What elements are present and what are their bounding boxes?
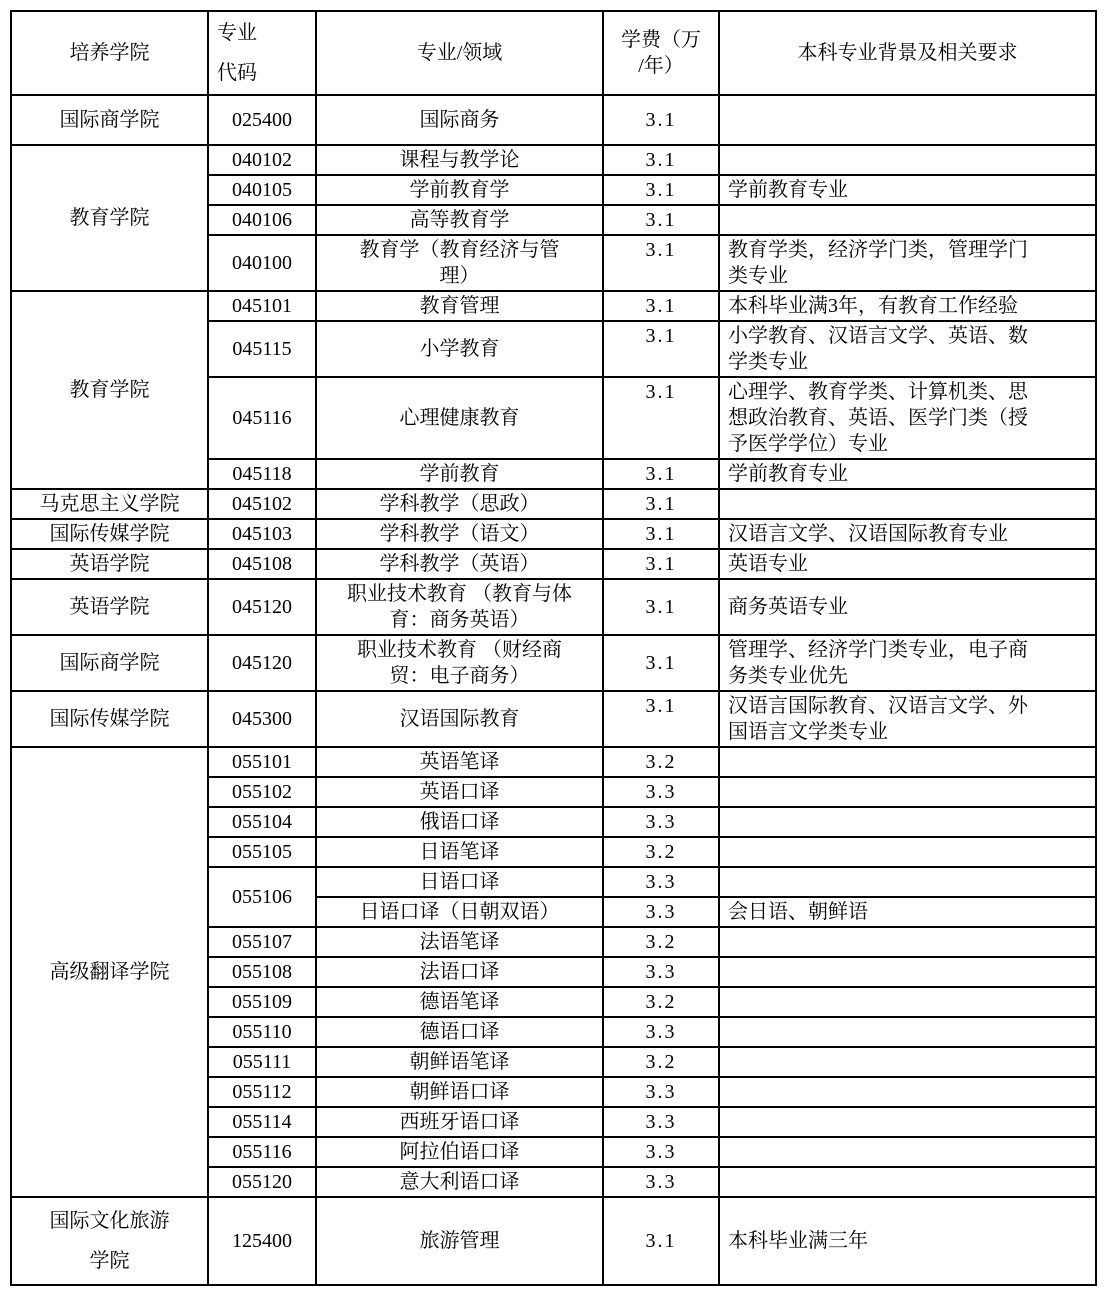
fee-cell: 3.3 [603,1017,719,1047]
fee-cell: 3.1 [603,579,719,635]
college-cell: 国际文化旅游学院 [11,1197,208,1285]
requirement-cell: 汉语言国际教育、汉语言文学、外国语言文学类专业 [719,691,1096,747]
college-cell: 国际传媒学院 [11,691,208,747]
requirement-cell [719,927,1096,957]
major-cell: 英语口译 [316,777,603,807]
table-row: 国际商学院045120职业技术教育 （财经商贸：电子商务）3.1管理学、经济学门… [11,635,1096,691]
header-fee-line2: /年） [612,53,710,79]
requirement-cell [719,1167,1096,1197]
fee-cell: 3.3 [603,777,719,807]
major-cell: 旅游管理 [316,1197,603,1285]
code-cell: 055107 [208,927,316,957]
major-cell: 法语笔译 [316,927,603,957]
code-cell: 055109 [208,987,316,1017]
requirement-cell [719,747,1096,777]
table-row: 教育学院040102课程与教学论3.1 [11,145,1096,175]
header-code: 专业 代码 [208,11,316,95]
fee-cell: 3.1 [603,95,719,145]
table-row: 马克思主义学院045102学科教学（思政）3.1 [11,489,1096,519]
requirement-cell: 小学教育、汉语言文学、英语、数学类专业 [719,321,1096,377]
fee-cell: 3.1 [603,235,719,291]
major-cell: 小学教育 [316,321,603,377]
requirement-cell: 英语专业 [719,549,1096,579]
college-cell: 英语学院 [11,549,208,579]
major-cell: 日语笔译 [316,837,603,867]
header-fee: 学费（万 /年） [603,11,719,95]
fee-cell: 3.2 [603,1047,719,1077]
major-cell: 学科教学（英语） [316,549,603,579]
header-row: 培养学院 专业 代码 专业/领域 学费（万 /年） 本科专业背景及相关要求 [11,11,1096,95]
major-cell: 学科教学（思政） [316,489,603,519]
major-cell: 意大利语口译 [316,1167,603,1197]
table-row: 教育学院045101教育管理3.1本科毕业满3年，有教育工作经验 [11,291,1096,321]
major-cell: 阿拉伯语口译 [316,1137,603,1167]
code-cell: 040102 [208,145,316,175]
code-cell: 025400 [208,95,316,145]
requirement-cell: 学前教育专业 [719,175,1096,205]
requirement-cell [719,837,1096,867]
college-cell: 高级翻译学院 [11,747,208,1197]
code-cell: 055106 [208,867,316,927]
requirement-cell [719,205,1096,235]
code-cell: 040100 [208,235,316,291]
fee-cell: 3.3 [603,897,719,927]
code-cell: 045120 [208,579,316,635]
fee-cell: 3.1 [603,175,719,205]
header-college: 培养学院 [11,11,208,95]
fee-cell: 3.1 [603,519,719,549]
code-cell: 055120 [208,1167,316,1197]
college-cell: 英语学院 [11,579,208,635]
fee-cell: 3.1 [603,549,719,579]
header-background: 本科专业背景及相关要求 [719,11,1096,95]
code-cell: 045118 [208,459,316,489]
major-cell: 学前教育 [316,459,603,489]
code-cell: 055105 [208,837,316,867]
requirement-cell [719,1017,1096,1047]
requirement-cell [719,1137,1096,1167]
header-major: 专业/领域 [316,11,603,95]
code-cell: 045108 [208,549,316,579]
code-cell: 055114 [208,1107,316,1137]
fee-cell: 3.3 [603,957,719,987]
major-cell: 教育学（教育经济与管理） [316,235,603,291]
major-cell: 职业技术教育 （教育与体育：商务英语） [316,579,603,635]
major-cell: 朝鲜语笔译 [316,1047,603,1077]
major-cell: 朝鲜语口译 [316,1077,603,1107]
code-cell: 045116 [208,377,316,459]
requirement-cell: 学前教育专业 [719,459,1096,489]
code-cell: 055101 [208,747,316,777]
major-cell: 法语口译 [316,957,603,987]
requirement-cell: 汉语言文学、汉语国际教育专业 [719,519,1096,549]
major-cell: 心理健康教育 [316,377,603,459]
college-cell: 教育学院 [11,291,208,489]
fee-cell: 3.3 [603,1107,719,1137]
code-cell: 045115 [208,321,316,377]
code-cell: 045102 [208,489,316,519]
code-cell: 055116 [208,1137,316,1167]
major-cell: 职业技术教育 （财经商贸：电子商务） [316,635,603,691]
major-cell: 德语口译 [316,1017,603,1047]
fee-cell: 3.1 [603,205,719,235]
code-cell: 040105 [208,175,316,205]
major-cell: 俄语口译 [316,807,603,837]
code-cell: 055108 [208,957,316,987]
table-row: 英语学院045108学科教学（英语）3.1英语专业 [11,549,1096,579]
code-cell: 055104 [208,807,316,837]
major-cell: 汉语国际教育 [316,691,603,747]
code-cell: 045101 [208,291,316,321]
code-cell: 055110 [208,1017,316,1047]
table-row: 国际商学院025400国际商务3.1 [11,95,1096,145]
major-cell: 学前教育学 [316,175,603,205]
code-cell: 045103 [208,519,316,549]
fee-cell: 3.1 [603,377,719,459]
requirement-cell [719,1077,1096,1107]
requirement-cell: 管理学、经济学门类专业，电子商务类专业优先 [719,635,1096,691]
requirement-cell [719,777,1096,807]
requirement-cell: 本科毕业满三年 [719,1197,1096,1285]
requirement-cell: 会日语、朝鲜语 [719,897,1096,927]
code-cell: 045300 [208,691,316,747]
fee-cell: 3.1 [603,635,719,691]
major-cell: 国际商务 [316,95,603,145]
fee-cell: 3.2 [603,987,719,1017]
requirement-cell [719,1047,1096,1077]
code-cell: 055111 [208,1047,316,1077]
requirement-cell: 心理学、教育学类、计算机类、思想政治教育、英语、医学门类（授予医学学位）专业 [719,377,1096,459]
fee-cell: 3.1 [603,691,719,747]
requirement-cell [719,1107,1096,1137]
major-cell: 西班牙语口译 [316,1107,603,1137]
table-row: 国际传媒学院045300汉语国际教育3.1汉语言国际教育、汉语言文学、外国语言文… [11,691,1096,747]
fee-cell: 3.1 [603,459,719,489]
major-cell: 日语口译（日朝双语） [316,897,603,927]
major-cell: 英语笔译 [316,747,603,777]
program-table: 培养学院 专业 代码 专业/领域 学费（万 /年） 本科专业背景及相关要求 国际… [10,10,1097,1286]
fee-cell: 3.1 [603,1197,719,1285]
fee-cell: 3.2 [603,927,719,957]
fee-cell: 3.1 [603,489,719,519]
requirement-cell: 商务英语专业 [719,579,1096,635]
table-row: 高级翻译学院055101英语笔译3.2 [11,747,1096,777]
requirement-cell [719,867,1096,897]
requirement-cell [719,95,1096,145]
requirement-cell [719,807,1096,837]
fee-cell: 3.3 [603,807,719,837]
table-row: 国际传媒学院045103学科教学（语文）3.1汉语言文学、汉语国际教育专业 [11,519,1096,549]
requirement-cell [719,987,1096,1017]
major-cell: 日语口译 [316,867,603,897]
fee-cell: 3.3 [603,1137,719,1167]
fee-cell: 3.3 [603,1167,719,1197]
college-cell: 马克思主义学院 [11,489,208,519]
fee-cell: 3.2 [603,747,719,777]
requirement-cell [719,489,1096,519]
code-cell: 055102 [208,777,316,807]
fee-cell: 3.3 [603,1077,719,1107]
fee-cell: 3.2 [603,837,719,867]
code-cell: 125400 [208,1197,316,1285]
program-table-body: 国际商学院025400国际商务3.1教育学院040102课程与教学论3.1040… [11,95,1096,1285]
college-cell: 国际传媒学院 [11,519,208,549]
college-cell: 国际商学院 [11,95,208,145]
header-fee-line1: 学费（万 [612,27,710,53]
major-cell: 高等教育学 [316,205,603,235]
table-row: 英语学院045120职业技术教育 （教育与体育：商务英语）3.1商务英语专业 [11,579,1096,635]
fee-cell: 3.1 [603,145,719,175]
major-cell: 教育管理 [316,291,603,321]
requirement-cell [719,957,1096,987]
major-cell: 学科教学（语文） [316,519,603,549]
fee-cell: 3.3 [603,867,719,897]
code-cell: 055112 [208,1077,316,1107]
header-code-line2: 代码 [217,53,307,93]
college-cell: 教育学院 [11,145,208,291]
college-cell: 国际商学院 [11,635,208,691]
requirement-cell: 本科毕业满3年，有教育工作经验 [719,291,1096,321]
code-cell: 045120 [208,635,316,691]
header-code-line1: 专业 [217,13,307,53]
major-cell: 德语笔译 [316,987,603,1017]
requirement-cell: 教育学类，经济学门类，管理学门类专业 [719,235,1096,291]
major-cell: 课程与教学论 [316,145,603,175]
table-row: 国际文化旅游学院125400旅游管理3.1本科毕业满三年 [11,1197,1096,1285]
fee-cell: 3.1 [603,291,719,321]
fee-cell: 3.1 [603,321,719,377]
document-page: 培养学院 专业 代码 专业/领域 学费（万 /年） 本科专业背景及相关要求 国际… [0,0,1104,1305]
code-cell: 040106 [208,205,316,235]
requirement-cell [719,145,1096,175]
